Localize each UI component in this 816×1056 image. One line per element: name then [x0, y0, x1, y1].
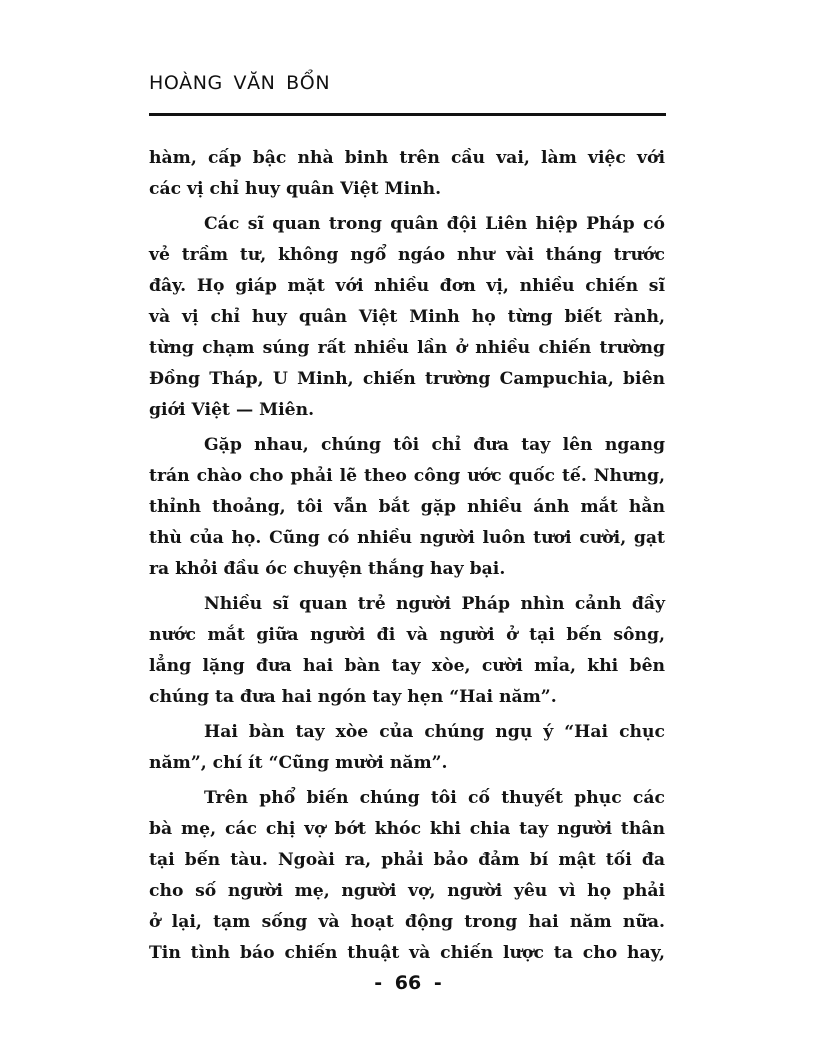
page-number: - 66 - [0, 972, 816, 994]
text-line: từng chạm súng rất nhiều lần ở nhiều chi… [149, 333, 665, 364]
text-line: giới Việt — Miên. [149, 395, 665, 426]
text-line: Các sĩ quan trong quân đội Liên hiệp Phá… [149, 209, 665, 240]
text-line: vẻ trầm tư, không ngổ ngáo như vài tháng… [149, 240, 665, 271]
text-line: Nhiều sĩ quan trẻ người Pháp nhìn cảnh đ… [149, 589, 665, 620]
paragraph-6: Trên phổ biến chúng tôi cố thuyết phục c… [149, 783, 665, 969]
paragraph-3: Gặp nhau, chúng tôi chỉ đưa tay lên ngan… [149, 430, 665, 585]
text-line: tại bến tàu. Ngoài ra, phải bảo đảm bí m… [149, 845, 665, 876]
text-line: thỉnh thoảng, tôi vẫn bắt gặp nhiều ánh … [149, 492, 665, 523]
paragraph-5: Hai bàn tay xòe của chúng ngụ ý “Hai chụ… [149, 717, 665, 779]
text-line: hàm, cấp bậc nhà binh trên cầu vai, làm … [149, 143, 665, 174]
text-line: Hai bàn tay xòe của chúng ngụ ý “Hai chụ… [149, 717, 665, 748]
text-line: nước mắt giữa người đi và người ở tại bế… [149, 620, 665, 651]
body-text: hàm, cấp bậc nhà binh trên cầu vai, làm … [149, 143, 665, 973]
text-line: Gặp nhau, chúng tôi chỉ đưa tay lên ngan… [149, 430, 665, 461]
text-line: Đồng Tháp, U Minh, chiến trường Campuchi… [149, 364, 665, 395]
text-line: Tin tình báo chiến thuật và chiến lược t… [149, 938, 665, 969]
text-line: cho số người mẹ, người vợ, người yêu vì … [149, 876, 665, 907]
text-line: chúng ta đưa hai ngón tay hẹn “Hai năm”. [149, 682, 665, 713]
text-line: bà mẹ, các chị vợ bớt khóc khi chia tay … [149, 814, 665, 845]
text-line: thù của họ. Cũng có nhiều người luôn tươ… [149, 523, 665, 554]
paragraph-1: hàm, cấp bậc nhà binh trên cầu vai, làm … [149, 143, 665, 205]
text-line: các vị chỉ huy quân Việt Minh. [149, 174, 665, 205]
text-line: trán chào cho phải lẽ theo công ước quốc… [149, 461, 665, 492]
paragraph-2: Các sĩ quan trong quân đội Liên hiệp Phá… [149, 209, 665, 426]
text-line: ở lại, tạm sống và hoạt động trong hai n… [149, 907, 665, 938]
text-line: lẳng lặng đưa hai bàn tay xòe, cười mỉa,… [149, 651, 665, 682]
text-line: và vị chỉ huy quân Việt Minh họ từng biế… [149, 302, 665, 333]
text-line: năm”, chí ít “Cũng mười năm”. [149, 748, 665, 779]
running-header-author: HOÀNG VĂN BỔN [149, 72, 330, 94]
text-line: đây. Họ giáp mặt với nhiều đơn vị, nhiều… [149, 271, 665, 302]
text-line: ra khỏi đầu óc chuyện thắng hay bại. [149, 554, 665, 585]
header-rule [149, 113, 666, 116]
paragraph-4: Nhiều sĩ quan trẻ người Pháp nhìn cảnh đ… [149, 589, 665, 713]
text-line: Trên phổ biến chúng tôi cố thuyết phục c… [149, 783, 665, 814]
